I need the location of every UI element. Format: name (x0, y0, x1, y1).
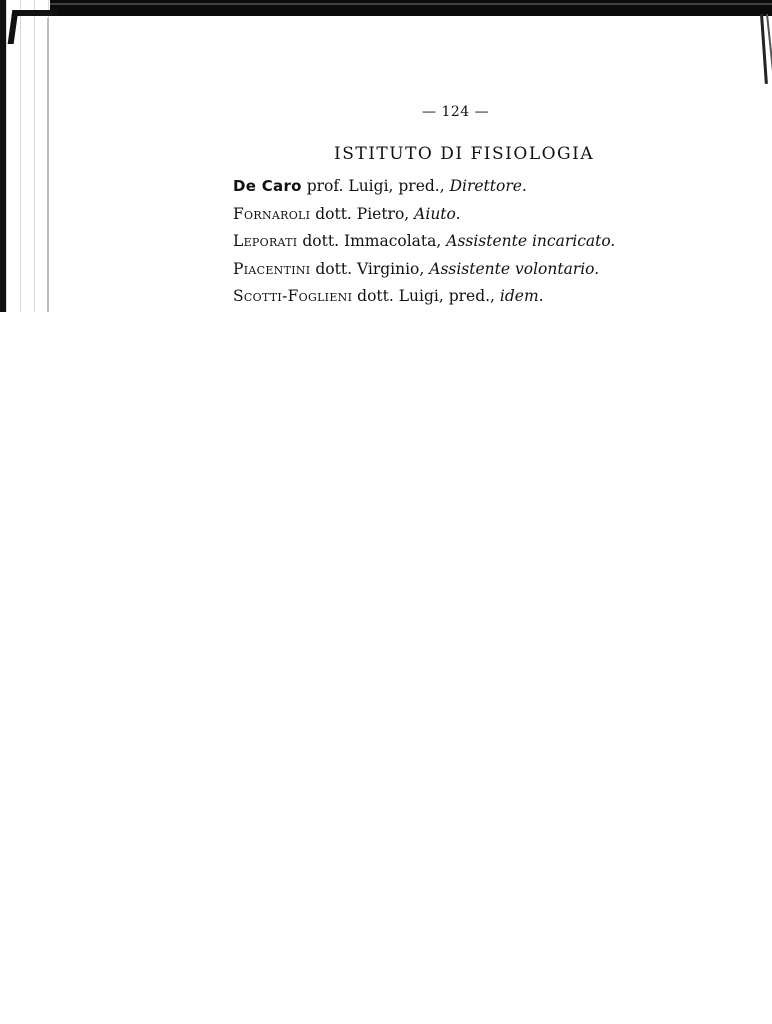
staff-entry: Piacentini dott. Virginio, Assistente vo… (233, 258, 615, 286)
staff-surname: Leporati (233, 232, 297, 250)
staff-details: dott. Immacolata, (297, 232, 446, 250)
staff-entry: Fornaroli dott. Pietro, Aiuto. (233, 203, 615, 231)
staff-list: De Caro prof. Luigi, pred., Direttore. F… (233, 175, 615, 312)
section-title: ISTITUTO DI FISIOLOGIA (334, 144, 594, 164)
staff-role: idem. (500, 287, 544, 305)
staff-role: Assistente volontario. (429, 260, 599, 278)
staff-role: Aiuto. (414, 205, 460, 223)
page-number: — 124 — (422, 104, 489, 120)
staff-entry: Scotti-Foglieni dott. Luigi, pred., idem… (233, 285, 615, 312)
staff-surname: De Caro (233, 177, 302, 195)
staff-details: dott. Virginio, (310, 260, 429, 278)
staff-details: dott. Luigi, pred., (352, 287, 500, 305)
staff-details: prof. Luigi, pred., (302, 177, 450, 195)
staff-role: Direttore. (450, 177, 527, 195)
staff-details: dott. Pietro, (310, 205, 414, 223)
staff-surname: Piacentini (233, 260, 310, 278)
staff-surname: Scotti-Foglieni (233, 287, 352, 305)
staff-entry: De Caro prof. Luigi, pred., Direttore. (233, 175, 615, 203)
staff-surname: Fornaroli (233, 205, 310, 223)
page-content: — 124 — ISTITUTO DI FISIOLOGIA De Caro p… (0, 0, 772, 312)
staff-entry: Leporati dott. Immacolata, Assistente in… (233, 230, 615, 258)
staff-role: Assistente incaricato. (446, 232, 615, 250)
